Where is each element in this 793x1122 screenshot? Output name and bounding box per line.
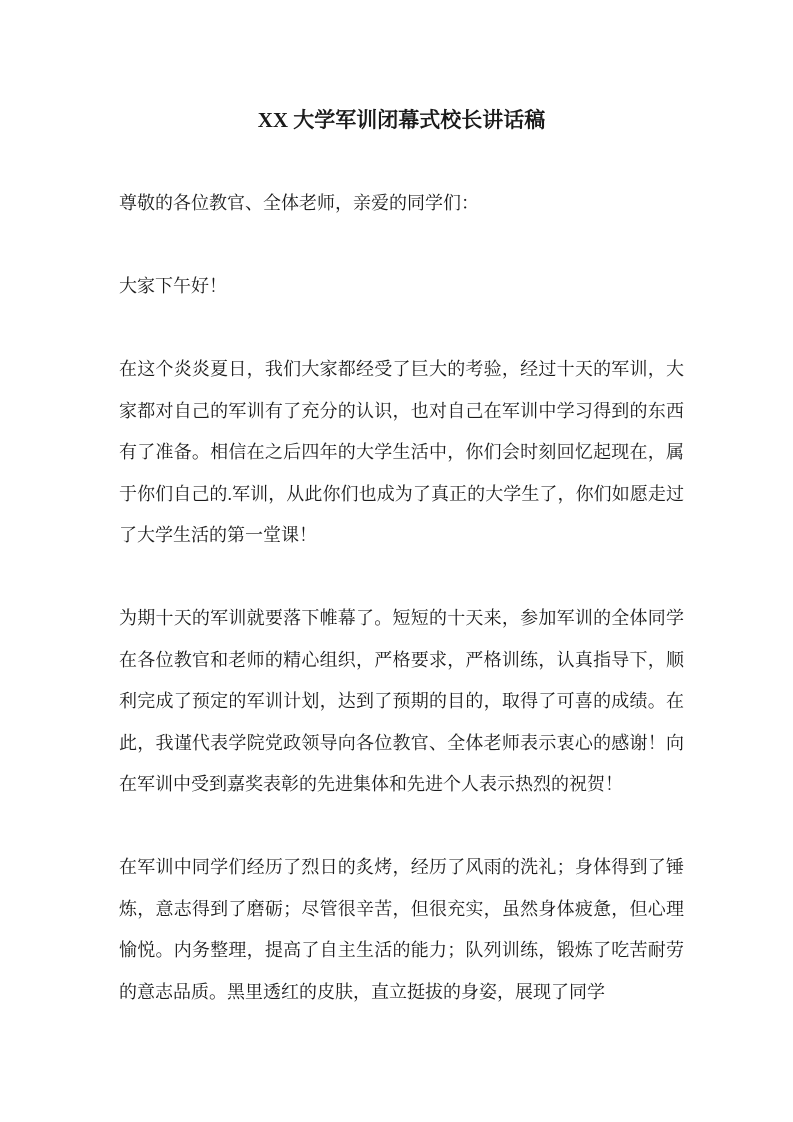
document-title: XX 大学军训闭幕式校长讲话稿 bbox=[119, 98, 684, 142]
body-paragraph-1: 在这个炎炎夏日，我们大家都经受了巨大的考验，经过十天的军训，大家都对自己的军训有… bbox=[119, 349, 684, 557]
document-page: XX 大学军训闭幕式校长讲话稿 尊敬的各位教官、全体老师，亲爱的同学们： 大家下… bbox=[0, 0, 793, 1122]
body-paragraph-2: 为期十天的军训就要落下帷幕了。短短的十天来，参加军训的全体同学在各位教官和老师的… bbox=[119, 598, 684, 806]
greeting-line: 大家下午好！ bbox=[119, 266, 684, 308]
salutation-line: 尊敬的各位教官、全体老师，亲爱的同学们： bbox=[119, 183, 684, 225]
body-paragraph-3: 在军训中同学们经历了烈日的炙烤，经历了风雨的洗礼；身体得到了锤炼，意志得到了磨砺… bbox=[119, 847, 684, 1013]
